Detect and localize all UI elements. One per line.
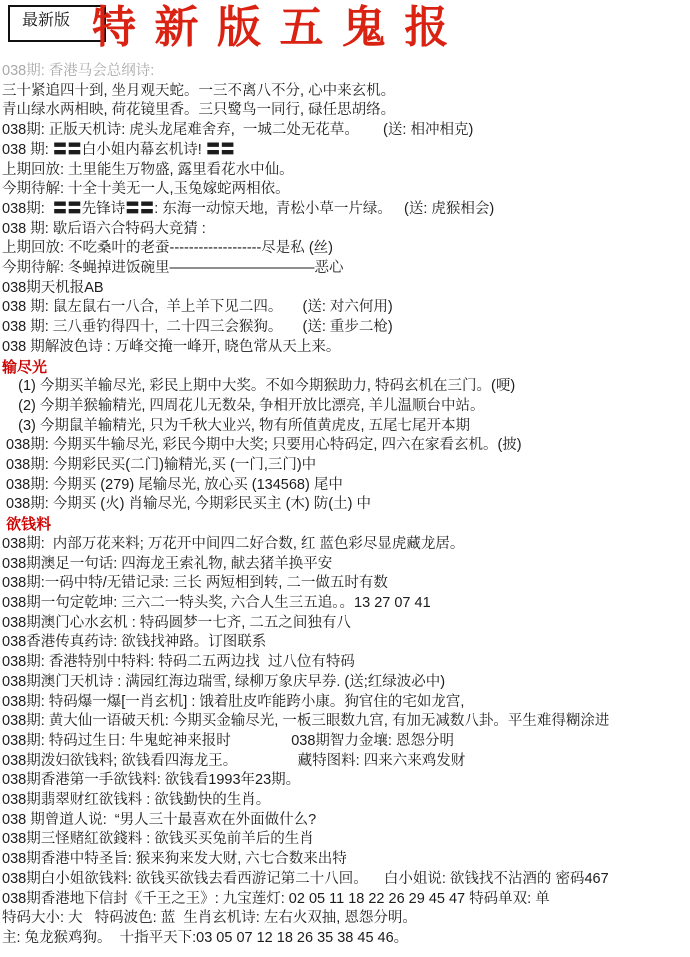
- text-line: 主: 兔龙猴鸡狗。 十指平天下:03 05 07 12 18 26 35 38 …: [2, 929, 688, 949]
- text-line: 038期: 今期买 (279) 尾输尽光, 放心买 (134568) 尾中: [2, 476, 688, 496]
- text-line: 038期泼妇欲钱料; 欲钱看四海龙王。 藏特图料: 四来六来鸡发财: [2, 752, 688, 772]
- text-line: 038 期: 鼠左鼠右一八合, 羊上羊下见二四。 (送: 对六何用): [2, 298, 688, 318]
- text-line: 038期三怪赌紅欲錢料 : 欲钱买买兔前羊后的生肖: [2, 830, 688, 850]
- text-line: 三十紧追四十到, 坐月观天蛇。一三不离八不分, 心中来玄机。: [2, 82, 688, 102]
- page: 最新版 特新版五鬼报 038期: 香港马会总纲诗:三十紧追四十到, 坐月观天蛇。…: [0, 0, 690, 957]
- text-line: 038 期: 歇后语六合特码大竞猜 :: [2, 220, 688, 240]
- section-heading: 欲钱料: [2, 515, 688, 535]
- text-line: 038期: 香港马会总纲诗:: [2, 62, 688, 82]
- text-line: 038期天机报AB: [2, 279, 688, 299]
- text-line: (2) 今期羊猴输精光, 四周花儿无数朵, 争相开放比漂亮, 羊儿温顺台中站。: [2, 397, 688, 417]
- text-line: 038期澳足一句话: 四海龙王索礼物, 献去猪羊换平安: [2, 555, 688, 575]
- text-line: 今期待解: 冬蝇掉进饭碗里——————————恶心: [2, 259, 688, 279]
- text-line: 038期: 正版天机诗: 虎头龙尾难舍弃, 一城二处无花草。 (送: 相冲相克): [2, 121, 688, 141]
- text-line: 038期: 今期买牛输尽光, 彩民今期中大奖; 只要用心特码定, 四六在家看玄机…: [2, 436, 688, 456]
- text-line: 038期香港第一手欲钱料: 欲钱看1993年23期。: [2, 771, 688, 791]
- text-line: 038 期解波色诗 : 万峰交掩一峰开, 晓色常从天上来。: [2, 338, 688, 358]
- text-line: 青山绿水两相映, 荷花镜里香。三只鹭鸟一同行, 碌任思胡络。: [2, 101, 688, 121]
- text-line: 038期: 今期彩民买(二门)输精光,买 (一门,三门)中: [2, 456, 688, 476]
- text-line: 038期: 特码过生日: 牛鬼蛇神来报时 038期智力金壤: 恩怨分明: [2, 732, 688, 752]
- content-lines: 038期: 香港马会总纲诗:三十紧追四十到, 坐月观天蛇。一三不离八不分, 心中…: [0, 60, 690, 949]
- text-line: 038香港传真药诗: 欲钱找神路。订图联系: [2, 633, 688, 653]
- text-line: 038期翡翠财红欲钱料 : 欲钱勤快的生肖。: [2, 791, 688, 811]
- page-header: 最新版 特新版五鬼报: [0, 0, 690, 60]
- text-line: (1) 今期买羊输尽光, 彩民上期中大奖。不如今期猴助力, 特码玄机在三门。(哽…: [2, 377, 688, 397]
- text-line: 038期: 内部万花来料; 万花开中间四二好合数, 红 蓝色彩尽显虎藏龙居。: [2, 535, 688, 555]
- text-line: 038 期: 三八垂钓得四十, 二十四三会猴狗。 (送: 重步二枪): [2, 318, 688, 338]
- text-line: 038期: 黄大仙一语破天机: 今期买金输尽光, 一板三眼数九宫, 有加无减数八…: [2, 712, 688, 732]
- text-line: 特码大小: 大 特码波色: 蓝 生肖玄机诗: 左右火双抽, 恩怨分明。: [2, 909, 688, 929]
- text-line: 038期: 特码爆一爆[一肖玄机] : 饿着肚皮咋能跨小康。狗官住的宅如龙宫,: [2, 693, 688, 713]
- text-line: 今期待解: 十全十美无一人,玉兔嫁蛇两相依。: [2, 180, 688, 200]
- text-line: 038期一句定乾坤: 三六二一特头奖, 六合人生三五追。。13 27 07 41: [2, 594, 688, 614]
- text-line: 038期澳门心水玄机 : 特码圆梦一七齐, 二五之间独有八: [2, 614, 688, 634]
- page-title: 特新版五鬼报: [92, 0, 467, 56]
- text-line: 上期回放: 不吃桑叶的老蚕-------------------尽是私 (丝): [2, 239, 688, 259]
- section-heading: 输尽光: [2, 358, 688, 378]
- text-line: 038期: 香港特别中特料: 特码二五两边找 过八位有特码: [2, 653, 688, 673]
- text-line: 038期香港中特圣旨: 猴来狗来发大财, 六七合数来出特: [2, 850, 688, 870]
- text-line: (3) 今期鼠羊输精光, 只为千秋大业兴, 物有所值黄虎皮, 五尾七尾开本期: [2, 417, 688, 437]
- text-line: 038期澳门天机诗 : 满园红海边瑞雪, 绿柳万象庆早券. (送;红绿波必中): [2, 673, 688, 693]
- text-line: 038期香港地下信封《千王之王》: 九宝莲灯: 02 05 11 18 22 2…: [2, 890, 688, 910]
- text-line: 038期白小姐欲钱料: 欲钱买欲钱去看西游记第二十八回。 白小姐说: 欲钱找不沾…: [2, 870, 688, 890]
- text-line: 上期回放: 土里能生万物盛, 露里看花水中仙。: [2, 161, 688, 181]
- text-line: 038期: 今期买 (火) 肖输尽光, 今期彩民买主 (木) 防(土) 中: [2, 495, 688, 515]
- text-line: 038 期: 〓〓白小姐内幕玄机诗! 〓〓: [2, 141, 688, 161]
- text-line: 038期: 〓〓先锋诗〓〓: 东海一动惊天地, 青松小草一片绿。 (送: 虎猴相…: [2, 200, 688, 220]
- text-line: 038期:一码中特/无错记录: 三长 两短相到转, 二一做五时有数: [2, 574, 688, 594]
- text-line: 038 期曾道人说: “男人三十最喜欢在外面做什么?: [2, 811, 688, 831]
